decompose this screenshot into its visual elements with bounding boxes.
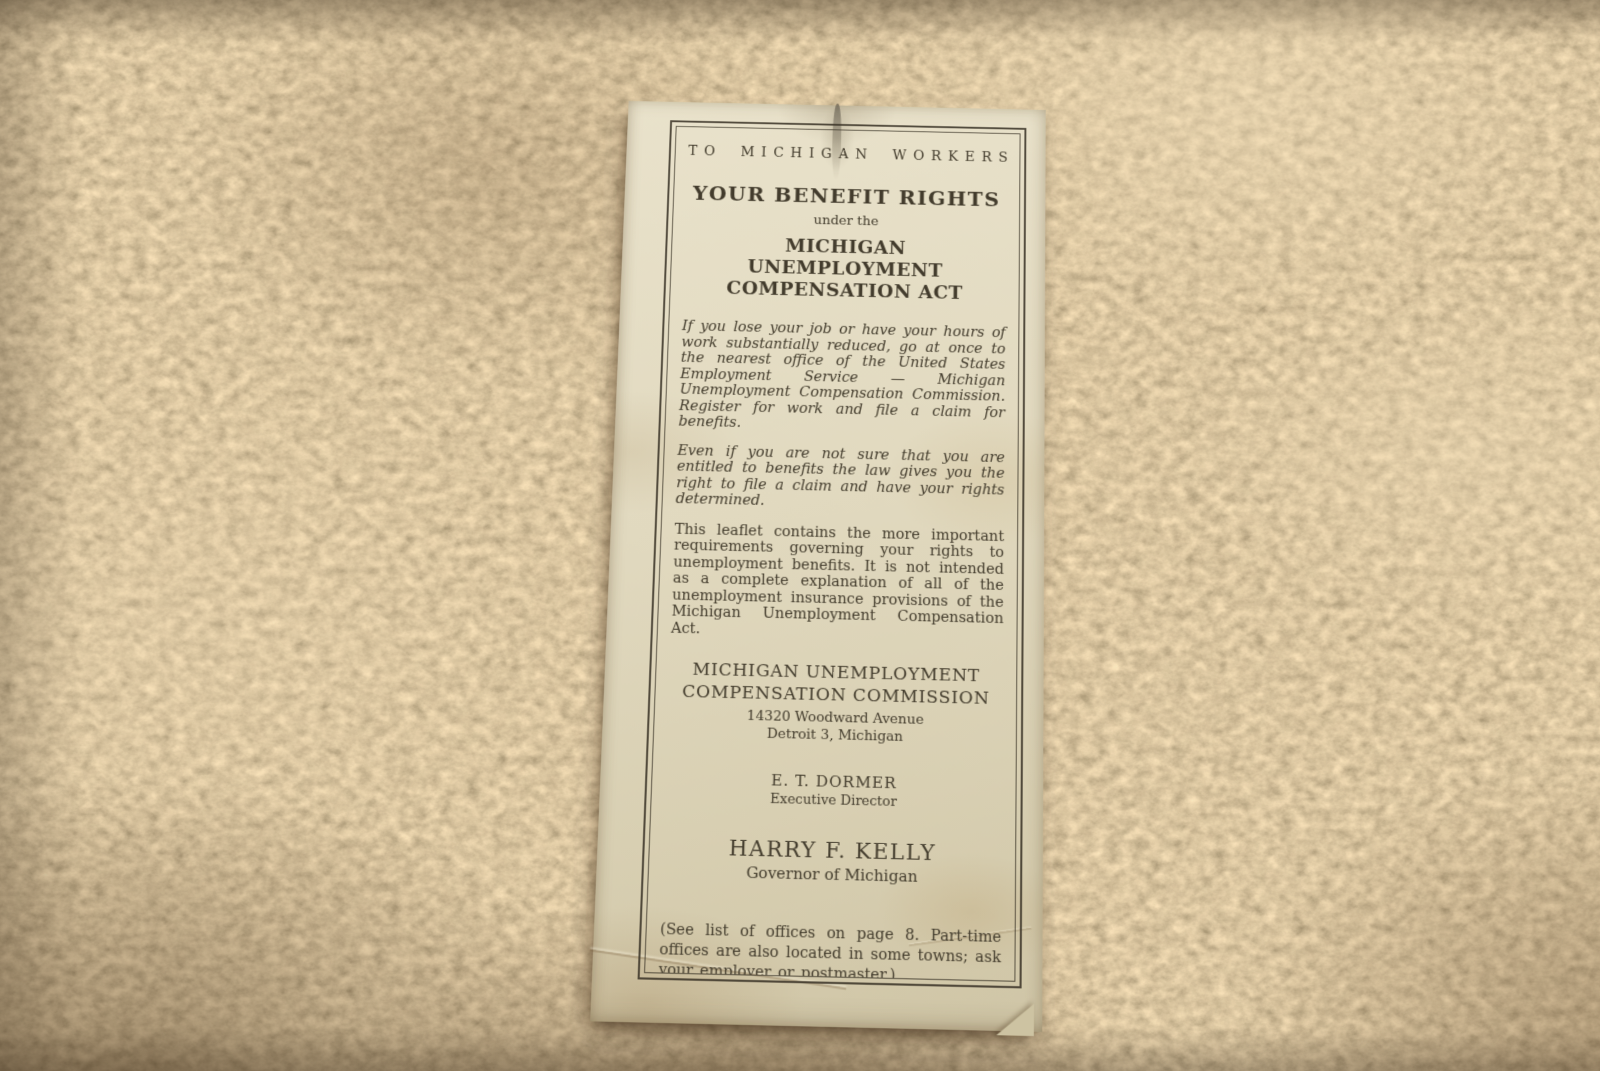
border-box: TO MICHIGAN WORKERS YOUR BENEFIT RIGHTS … xyxy=(638,120,1027,988)
paragraph-3: This leaflet contains the more important… xyxy=(671,522,1004,645)
leaflet-paper: TO MICHIGAN WORKERS YOUR BENEFIT RIGHTS … xyxy=(590,101,1046,1032)
paragraph-2: Even if you are not sure that you are en… xyxy=(675,443,1004,515)
kicker-line: TO MICHIGAN WORKERS xyxy=(688,144,1007,166)
subtitle-line: under the xyxy=(686,210,1007,232)
act-name-line-1: MICHIGAN UNEMPLOYMENT xyxy=(684,233,1007,283)
photo-scene: TO MICHIGAN WORKERS YOUR BENEFIT RIGHTS … xyxy=(0,0,1600,1071)
paper-folded-corner xyxy=(996,1003,1034,1036)
border-box-inner: TO MICHIGAN WORKERS YOUR BENEFIT RIGHTS … xyxy=(644,126,1021,982)
paragraph-1: If you lose your job or have your hours … xyxy=(678,319,1005,438)
leaflet: TO MICHIGAN WORKERS YOUR BENEFIT RIGHTS … xyxy=(590,101,1046,1032)
title-line: YOUR BENEFIT RIGHTS xyxy=(686,181,1006,211)
footnote-paragraph: (See list of offices on page 8. Part-tim… xyxy=(658,920,1001,982)
